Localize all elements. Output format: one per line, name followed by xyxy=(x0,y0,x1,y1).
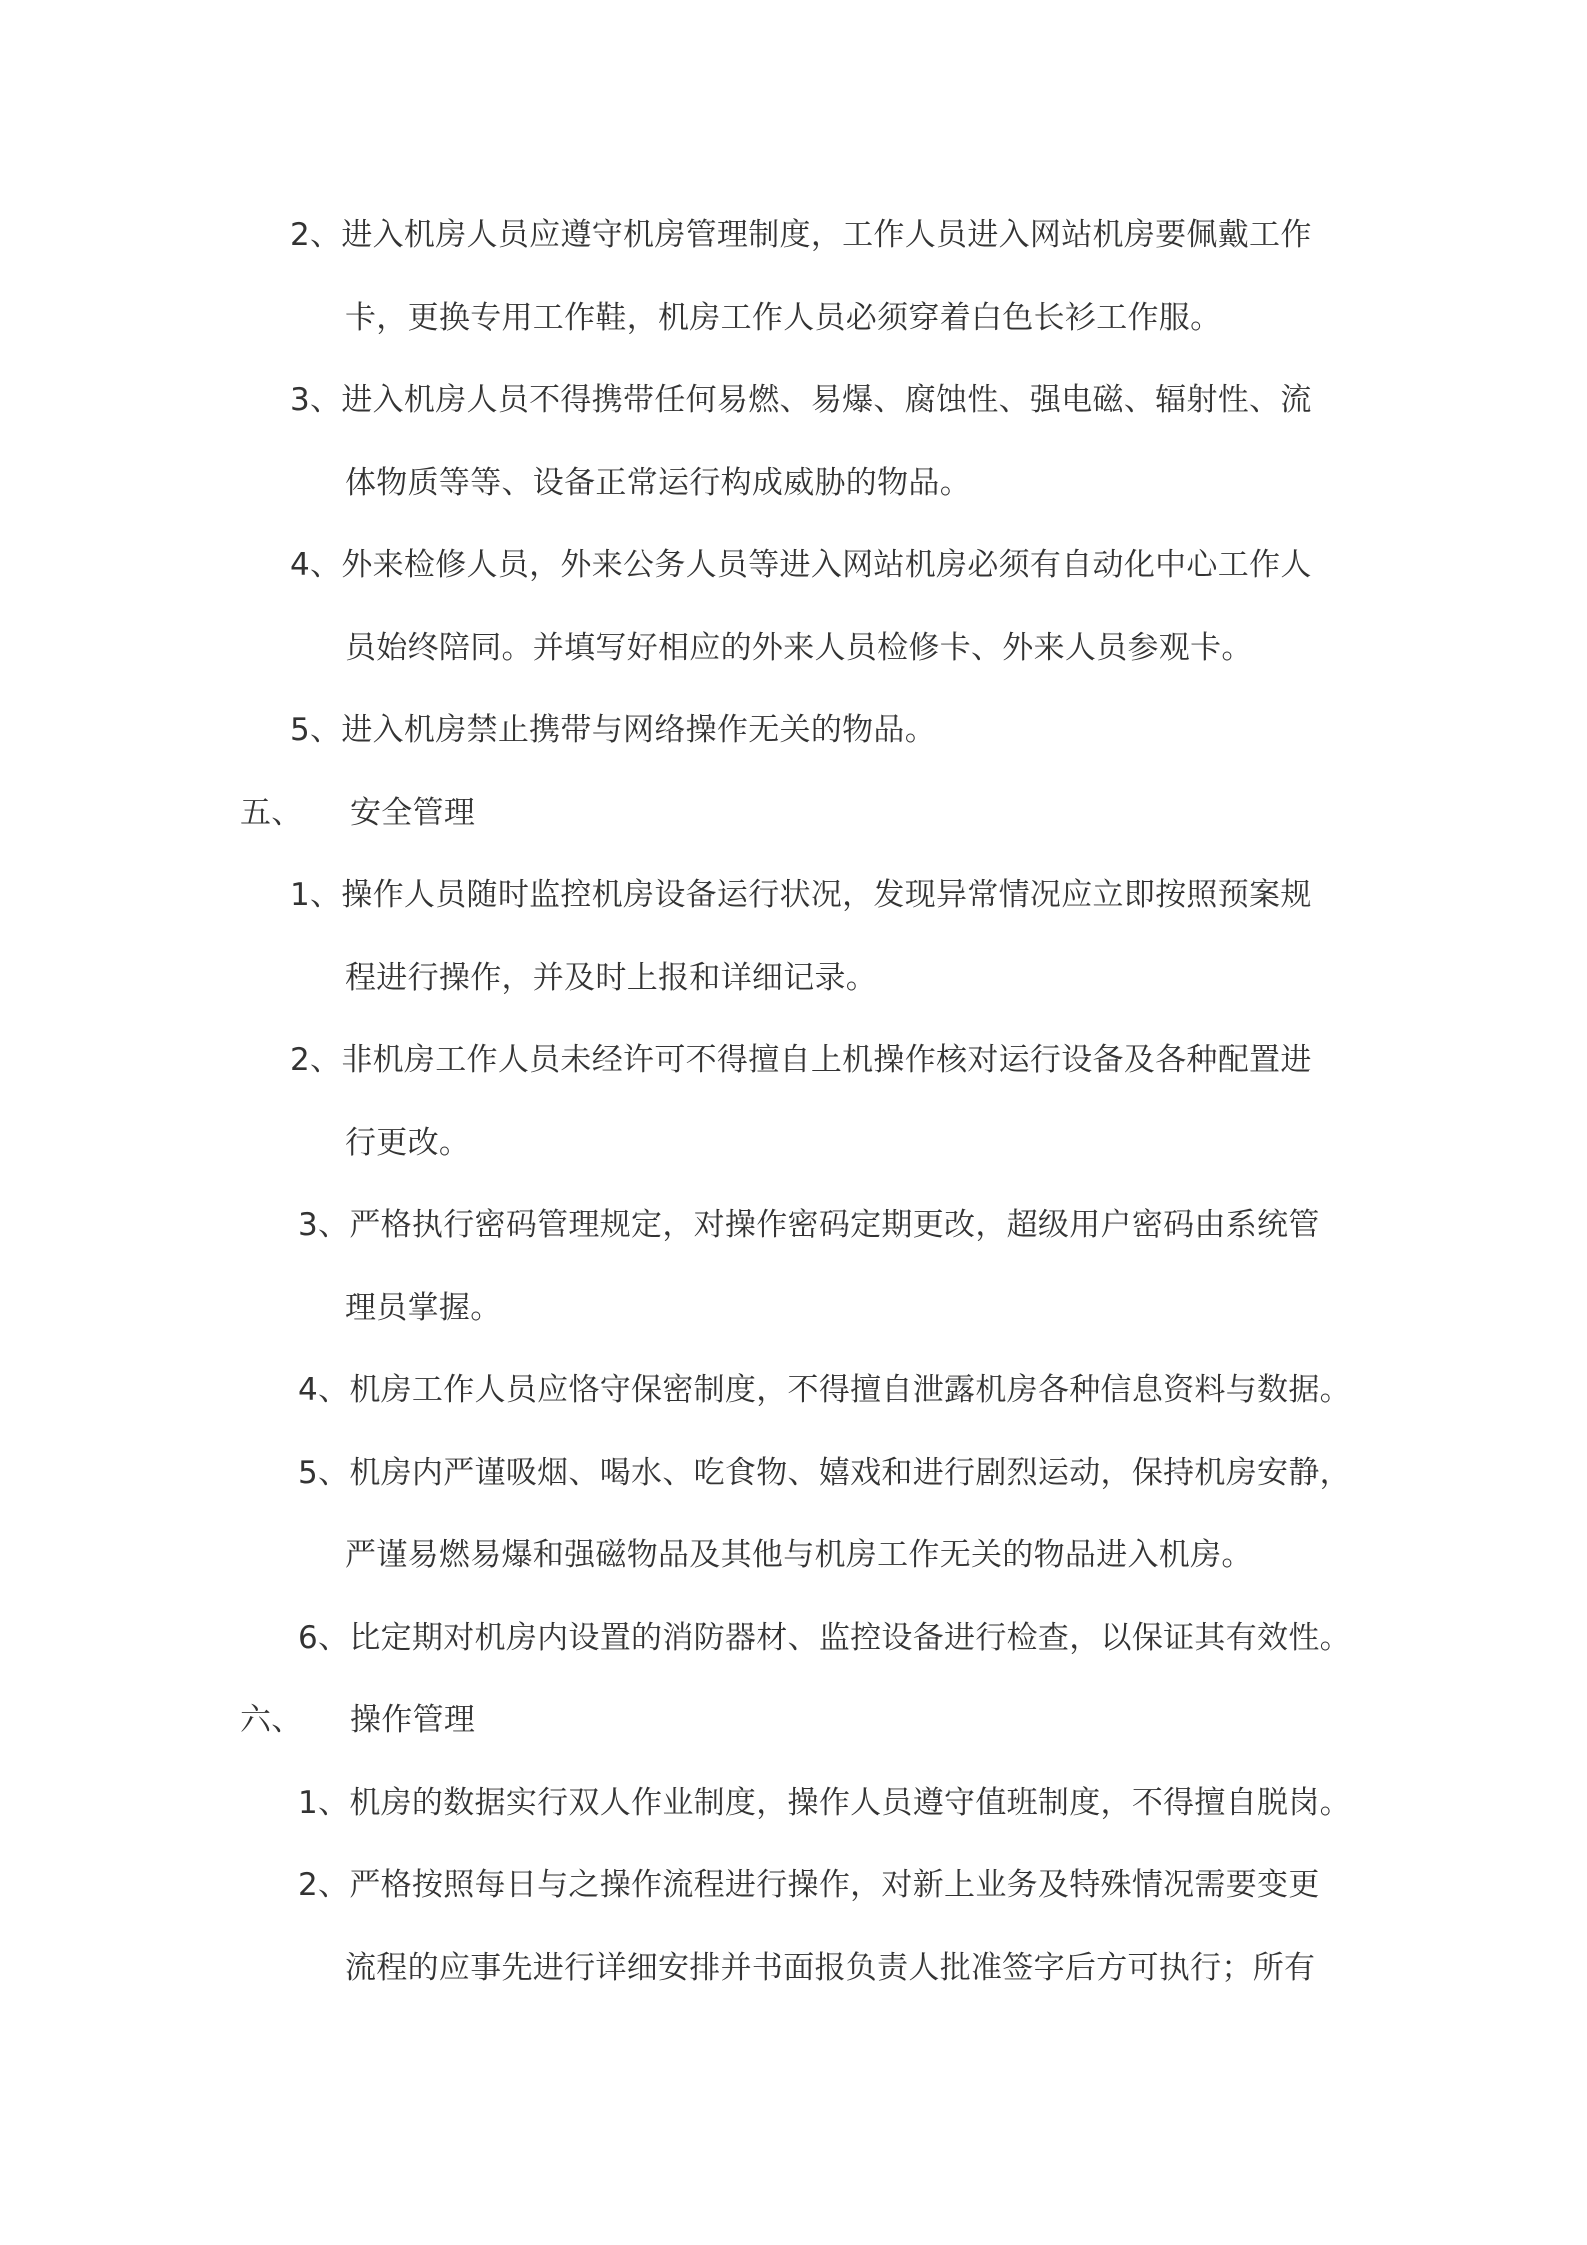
item-text: 流程的应事先进行详细安排并书面报负责人批准签字后方可执行；所有 xyxy=(345,1950,1315,1986)
list-item-5-line-1: 5、进入机房禁止携带与网络操作无关的物品。 xyxy=(290,710,936,750)
item-number: 5、 xyxy=(290,710,341,750)
list-item-2-line-1: 2、非机房工作人员未经许可不得擅自上机操作核对运行设备及各种配置进 xyxy=(290,1040,1312,1080)
item-text: 理员掌握。 xyxy=(345,1290,502,1326)
list-item-1-line-2: 程进行操作，并及时上报和详细记录。 xyxy=(345,958,877,998)
item-text: 进入机房人员不得携带任何易燃、易爆、腐蚀性、强电磁、辐射性、流 xyxy=(341,382,1311,418)
list-item-4-line-2: 员始终陪同。并填写好相应的外来人员检修卡、外来人员参观卡。 xyxy=(345,628,1253,668)
item-number: 2、 xyxy=(298,1865,349,1905)
section-title: 安全管理 xyxy=(350,795,475,831)
item-text: 严格执行密码管理规定，对操作密码定期更改，超级用户密码由系统管 xyxy=(349,1207,1319,1243)
item-number: 6、 xyxy=(298,1618,349,1658)
item-text: 严格按照每日与之操作流程进行操作，对新上业务及特殊情况需要变更 xyxy=(349,1867,1319,1903)
item-number: 2、 xyxy=(290,215,341,255)
item-text: 机房工作人员应恪守保密制度，不得擅自泄露机房各种信息资料与数据。 xyxy=(349,1372,1351,1408)
item-text: 比定期对机房内设置的消防器材、监控设备进行检查，以保证其有效性。 xyxy=(349,1620,1351,1656)
list-item-6-line-1: 6、比定期对机房内设置的消防器材、监控设备进行检查，以保证其有效性。 xyxy=(298,1618,1351,1658)
section-number: 六、 xyxy=(240,1700,350,1740)
list-item-1-line-1: 1、机房的数据实行双人作业制度，操作人员遵守值班制度，不得擅自脱岗。 xyxy=(298,1783,1351,1823)
list-item-5-line-2: 严谨易燃易爆和强磁物品及其他与机房工作无关的物品进入机房。 xyxy=(345,1535,1253,1575)
section-heading-five: 五、安全管理 xyxy=(240,793,475,833)
item-text: 进入机房人员应遵守机房管理制度，工作人员进入网站机房要佩戴工作 xyxy=(341,217,1311,253)
item-number: 2、 xyxy=(290,1040,341,1080)
item-text: 卡，更换专用工作鞋，机房工作人员必须穿着白色长衫工作服。 xyxy=(345,300,1221,336)
list-item-4-line-1: 4、外来检修人员，外来公务人员等进入网站机房必须有自动化中心工作人 xyxy=(290,545,1312,585)
item-text: 程进行操作，并及时上报和详细记录。 xyxy=(345,960,877,996)
list-item-4-line-1: 4、机房工作人员应恪守保密制度，不得擅自泄露机房各种信息资料与数据。 xyxy=(298,1370,1351,1410)
list-item-1-line-1: 1、操作人员随时监控机房设备运行状况，发现异常情况应立即按照预案规 xyxy=(290,875,1312,915)
item-text: 操作人员随时监控机房设备运行状况，发现异常情况应立即按照预案规 xyxy=(341,877,1311,913)
list-item-3-line-2: 体物质等等、设备正常运行构成威胁的物品。 xyxy=(345,463,971,503)
section-heading-six: 六、操作管理 xyxy=(240,1700,475,1740)
item-number: 4、 xyxy=(290,545,341,585)
list-item-2-line-1: 2、进入机房人员应遵守机房管理制度，工作人员进入网站机房要佩戴工作 xyxy=(290,215,1312,255)
item-number: 1、 xyxy=(290,875,341,915)
list-item-3-line-1: 3、严格执行密码管理规定，对操作密码定期更改，超级用户密码由系统管 xyxy=(298,1205,1320,1245)
item-text: 体物质等等、设备正常运行构成威胁的物品。 xyxy=(345,465,971,501)
list-item-2-line-2: 行更改。 xyxy=(345,1123,470,1163)
item-text: 机房内严谨吸烟、喝水、吃食物、嬉戏和进行剧烈运动，保持机房安静， xyxy=(349,1455,1351,1491)
item-text: 行更改。 xyxy=(345,1125,470,1161)
item-text: 严谨易燃易爆和强磁物品及其他与机房工作无关的物品进入机房。 xyxy=(345,1537,1253,1573)
item-text: 进入机房禁止携带与网络操作无关的物品。 xyxy=(341,712,936,748)
list-item-5-line-1: 5、机房内严谨吸烟、喝水、吃食物、嬉戏和进行剧烈运动，保持机房安静， xyxy=(298,1453,1351,1493)
list-item-3-line-1: 3、进入机房人员不得携带任何易燃、易爆、腐蚀性、强电磁、辐射性、流 xyxy=(290,380,1312,420)
item-text: 机房的数据实行双人作业制度，操作人员遵守值班制度，不得擅自脱岗。 xyxy=(349,1785,1351,1821)
section-number: 五、 xyxy=(240,793,350,833)
item-number: 3、 xyxy=(298,1205,349,1245)
list-item-3-line-2: 理员掌握。 xyxy=(345,1288,502,1328)
item-text: 员始终陪同。并填写好相应的外来人员检修卡、外来人员参观卡。 xyxy=(345,630,1253,666)
section-title: 操作管理 xyxy=(350,1702,475,1738)
list-item-2-line-2: 卡，更换专用工作鞋，机房工作人员必须穿着白色长衫工作服。 xyxy=(345,298,1221,338)
item-number: 4、 xyxy=(298,1370,349,1410)
item-number: 5、 xyxy=(298,1453,349,1493)
list-item-2-line-2: 流程的应事先进行详细安排并书面报负责人批准签字后方可执行；所有 xyxy=(345,1948,1315,1988)
list-item-2-line-1: 2、严格按照每日与之操作流程进行操作，对新上业务及特殊情况需要变更 xyxy=(298,1865,1320,1905)
item-text: 非机房工作人员未经许可不得擅自上机操作核对运行设备及各种配置进 xyxy=(341,1042,1311,1078)
item-text: 外来检修人员，外来公务人员等进入网站机房必须有自动化中心工作人 xyxy=(341,547,1311,583)
item-number: 1、 xyxy=(298,1783,349,1823)
item-number: 3、 xyxy=(290,380,341,420)
